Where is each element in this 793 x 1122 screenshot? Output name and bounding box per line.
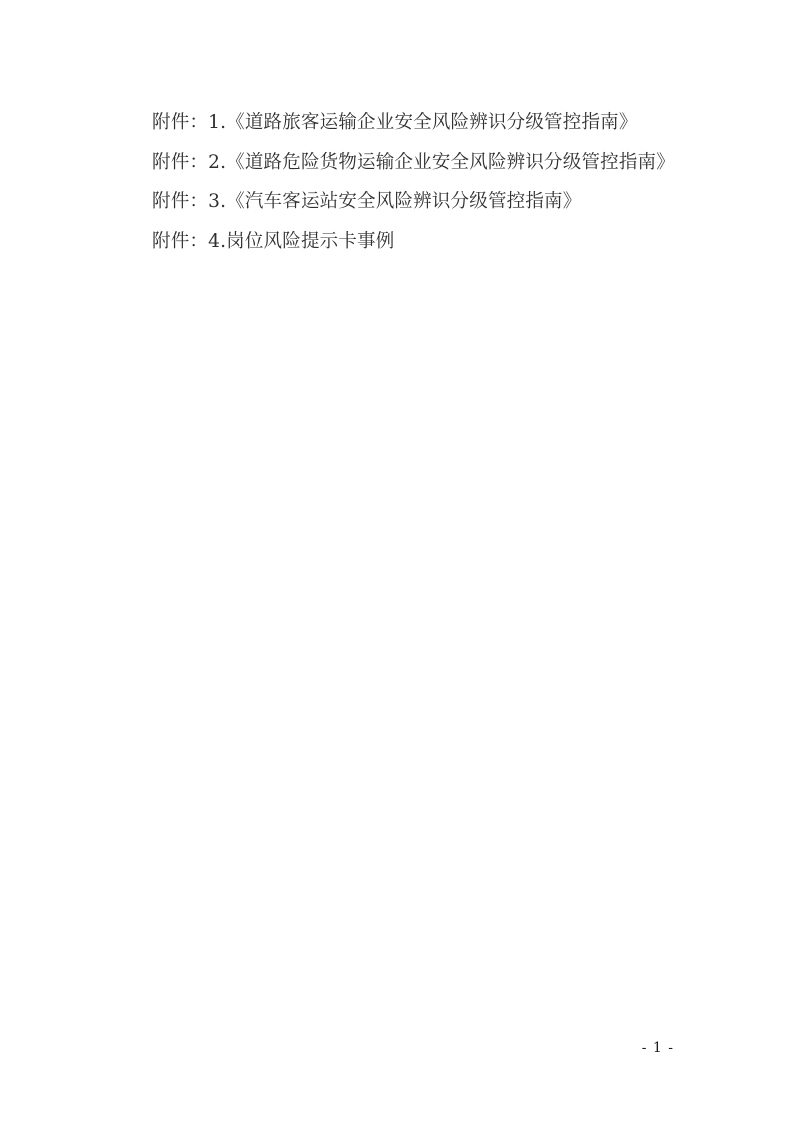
attachment-line-4: 附件：4.岗位风险提示卡事例 xyxy=(152,222,712,262)
attachment-line-2: 附件：2.《道路危险货物运输企业安全风险辨识分级管控指南》 xyxy=(152,143,712,183)
attachment-line-3: 附件：3.《汽车客运站安全风险辨识分级管控指南》 xyxy=(152,182,712,222)
attachment-list: 附件：1.《道路旅客运输企业安全风险辨识分级管控指南》 附件：2.《道路危险货物… xyxy=(152,103,712,261)
page-number: - 1 - xyxy=(642,1040,674,1056)
document-page: 附件：1.《道路旅客运输企业安全风险辨识分级管控指南》 附件：2.《道路危险货物… xyxy=(0,0,793,1122)
attachment-line-1: 附件：1.《道路旅客运输企业安全风险辨识分级管控指南》 xyxy=(152,103,712,143)
